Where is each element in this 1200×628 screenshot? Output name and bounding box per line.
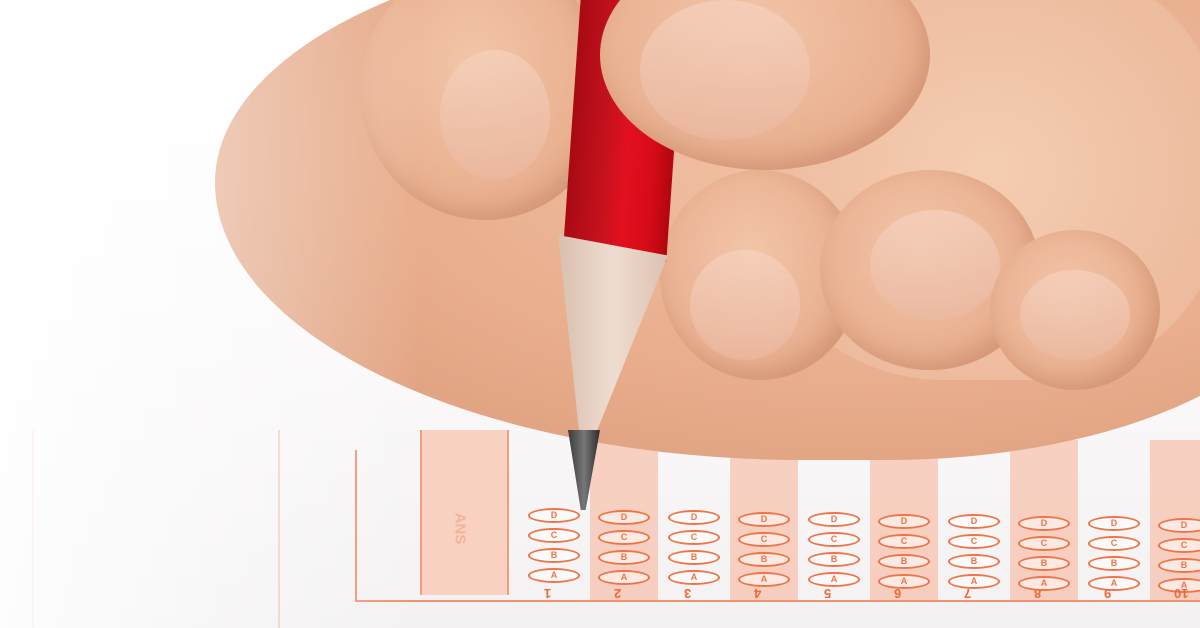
bubble-c[interactable]: C — [1088, 536, 1140, 551]
bubble-b[interactable]: B — [1018, 556, 1070, 571]
sheet-margin-line — [32, 430, 34, 628]
question-number: 2 — [614, 586, 621, 601]
bubble-c[interactable]: C — [808, 532, 860, 547]
bubble-d[interactable]: D — [738, 512, 790, 527]
bubble-b[interactable]: B — [528, 548, 580, 563]
bubble-d[interactable]: D — [878, 514, 930, 529]
question-number: 4 — [754, 586, 761, 601]
bubble-b[interactable]: B — [738, 552, 790, 567]
bubble-c[interactable]: C — [948, 534, 1000, 549]
question-number: 1 — [544, 586, 551, 601]
question-number: 10 — [1174, 586, 1188, 601]
question-number: 5 — [824, 586, 831, 601]
bubble-c[interactable]: C — [738, 532, 790, 547]
bubble-a[interactable]: A — [598, 570, 650, 585]
bubble-b[interactable]: B — [598, 550, 650, 565]
question-number: 6 — [894, 586, 901, 601]
bubble-b[interactable]: B — [668, 550, 720, 565]
sheet-margin-line — [278, 430, 280, 628]
bubble-a[interactable]: A — [738, 572, 790, 587]
bubble-b[interactable]: B — [948, 554, 1000, 569]
question-column-10: D C B A 10 — [1150, 440, 1200, 600]
question-number: 8 — [1034, 586, 1041, 601]
bubble-a[interactable]: A — [1018, 576, 1070, 591]
bubble-a[interactable]: A — [878, 574, 930, 589]
bubble-d[interactable]: D — [1018, 516, 1070, 531]
bubble-a[interactable]: A — [1088, 576, 1140, 591]
bubble-a[interactable]: A — [668, 570, 720, 585]
photo-scene: ANS D C B A 1 D C B A 2 D C B A 3 D C B … — [0, 0, 1200, 628]
bubble-c[interactable]: C — [1158, 538, 1200, 553]
sheet-header-band: ANS — [420, 430, 509, 595]
bubble-d[interactable]: D — [808, 512, 860, 527]
bubble-b[interactable]: B — [808, 552, 860, 567]
bubble-b[interactable]: B — [878, 554, 930, 569]
fingernail — [870, 210, 1000, 320]
question-column-4: D C B A 4 — [730, 440, 798, 600]
question-number: 9 — [1104, 586, 1111, 601]
bubble-d[interactable]: D — [1158, 518, 1200, 533]
bubble-d[interactable]: D — [948, 514, 1000, 529]
fingernail — [1020, 270, 1130, 360]
question-column-8: D C B A 8 — [1010, 440, 1078, 600]
question-column-5: D C B A 5 — [800, 440, 868, 600]
question-column-6: D C B A 6 — [870, 440, 938, 600]
bubble-b[interactable]: B — [1158, 558, 1200, 573]
question-column-9: D C B A 9 — [1080, 440, 1148, 600]
pencil-wood-tip — [558, 235, 668, 440]
bubble-a[interactable]: A — [948, 574, 1000, 589]
fingernail — [640, 0, 810, 140]
bubble-a[interactable]: A — [808, 572, 860, 587]
bubble-c[interactable]: C — [1018, 536, 1070, 551]
question-column-7: D C B A 7 — [940, 440, 1008, 600]
bubble-d[interactable]: D — [1088, 516, 1140, 531]
question-number: 7 — [964, 586, 971, 601]
ring-finger — [990, 230, 1160, 390]
bubble-a[interactable]: A — [528, 568, 580, 583]
bubble-c[interactable]: C — [878, 534, 930, 549]
header-label: ANS — [451, 513, 468, 545]
pencil-lead — [568, 430, 600, 510]
bubble-b[interactable]: B — [1088, 556, 1140, 571]
question-number: 3 — [684, 586, 691, 601]
thumbnail — [440, 50, 550, 180]
fingernail — [690, 250, 800, 360]
